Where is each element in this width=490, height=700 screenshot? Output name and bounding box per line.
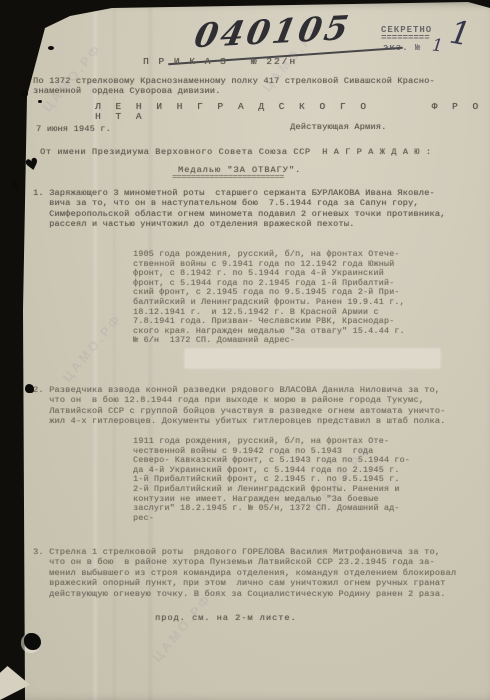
order-unit-line: По 1372 стрелковому Краснознаменному пол…: [33, 76, 473, 97]
army-label: Действующая Армия.: [290, 122, 386, 132]
award-item-1-citation: 1. Заряжающего 3 минометной роты старшег…: [33, 188, 473, 230]
ink-spot: [12, 182, 17, 189]
award-intro: От имени Президиума Верховного Совета Со…: [40, 147, 470, 157]
scanned-document-page: ЦАМО.РФ ЦАМО.РФ ЦАМО.РФ ЦАМО.РФ ЦАМО.РФ …: [0, 0, 490, 700]
secret-stamp-underline: =========: [381, 33, 430, 43]
redaction-box: [185, 349, 440, 368]
award-item-2-bio: 1911 года рождения, русский, б/п, на фро…: [133, 437, 478, 523]
award-item-3-citation: 3. Стрелка 1 стрелковой роты рядового ГО…: [33, 547, 478, 599]
medal-underline: ========================: [172, 172, 284, 182]
award-item-1-bio: 1905 года рождения, русский, б/п, на фро…: [133, 250, 478, 346]
continuation-note: прод. см. на 2-м листе.: [155, 613, 297, 623]
order-title: П Р И К А З № 22/н: [143, 57, 297, 67]
order-date: 7 июня 1945 г.: [36, 124, 111, 134]
ink-spot: [48, 46, 54, 50]
front-name: Л Е Н И Н Г Р А Д С К О Г О Ф Р О Н Т А: [95, 102, 490, 123]
ink-blot: [25, 384, 34, 393]
copy-number-label: экз. №: [383, 43, 421, 53]
handwritten-copy-number: 1: [431, 35, 444, 56]
ink-spot: [38, 100, 42, 103]
punch-hole: [24, 633, 41, 650]
award-item-2-citation: 2. Разведчика взвода конной разведки ряд…: [33, 385, 473, 427]
